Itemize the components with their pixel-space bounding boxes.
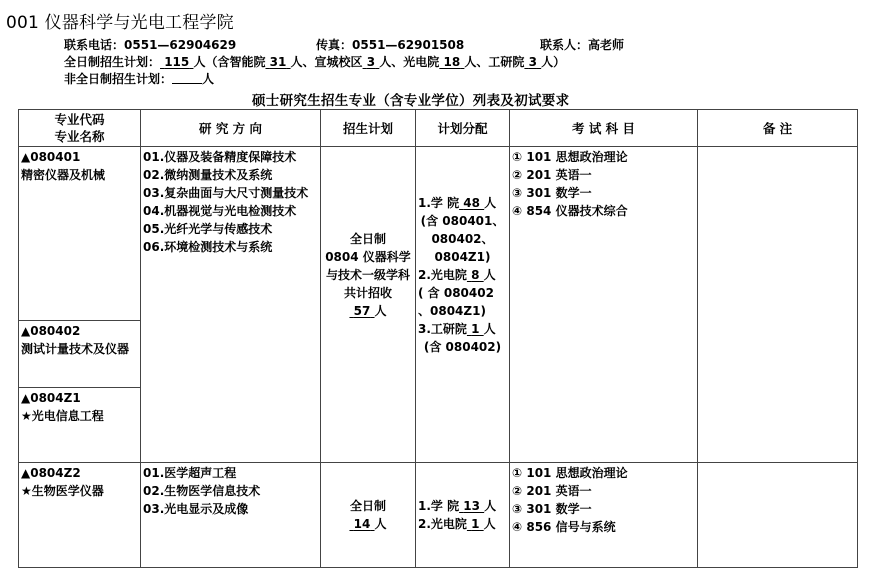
allocation-cell: 1.学 院 48 人 (含 080401、080402、0804Z1) 2.光电…	[416, 147, 510, 463]
parttime-blank	[172, 71, 202, 84]
major-cell: ▲080402 测试计量技术及仪器	[19, 321, 141, 388]
col-header-plan: 招生计划	[321, 110, 416, 147]
direction-item: 05.光纤光学与传感技术	[143, 220, 318, 238]
fax-line: 传真：0551—62901508	[316, 36, 464, 53]
plan-count: 57 人	[323, 302, 413, 320]
allocation-item: 3.工研院 1 人	[418, 320, 507, 338]
major-name: 测试计量技术及仪器	[21, 340, 138, 358]
fulltime-text: 人、光电院	[379, 55, 439, 69]
plan-type: 全日制	[323, 497, 413, 515]
allocation-note: (含 080401、080402、0804Z1)	[418, 212, 507, 266]
direction-item: 04.机器视觉与光电检测技术	[143, 202, 318, 220]
fax-value: 0551—62901508	[352, 38, 464, 52]
directions-cell: 01.仪器及装备精度保障技术 02.微纳测量技术及系统 03.复杂曲面与大尺寸测…	[141, 147, 321, 463]
allocation-note: ( 含 080402 、0804Z1)	[418, 284, 507, 320]
fulltime-guangdian: 18	[439, 55, 464, 69]
col-header-remark: 备 注	[698, 110, 858, 147]
table-row: ▲0804Z2 ★生物医学仪器 01.医学超声工程 02.生物医学信息技术 03…	[19, 463, 858, 568]
direction-item: 02.微纳测量技术及系统	[143, 166, 318, 184]
page-title: 001 仪器科学与光电工程学院	[6, 8, 234, 33]
plan-cell: 全日制 14 人	[321, 463, 416, 568]
plan-type: 全日制	[323, 230, 413, 248]
direction-item: 03.复杂曲面与大尺寸测量技术	[143, 184, 318, 202]
major-cell: ▲080401 精密仪器及机械	[19, 147, 141, 321]
direction-item: 02.生物医学信息技术	[143, 482, 318, 500]
fulltime-text: 人（含智能院	[193, 55, 265, 69]
remark-cell	[698, 147, 858, 463]
major-cell: ▲0804Z1 ★光电信息工程	[19, 388, 141, 463]
exam-item: ② 201 英语一	[512, 166, 695, 184]
exam-item: ③ 301 数学一	[512, 500, 695, 518]
major-code: ▲080402	[21, 322, 138, 340]
fulltime-text: 人）	[541, 55, 565, 69]
parttime-label: 非全日制招生计划：	[64, 72, 172, 86]
fulltime-zhineng: 31	[265, 55, 290, 69]
exam-cell: ① 101 思想政治理论 ② 201 英语一 ③ 301 数学一 ④ 856 信…	[510, 463, 698, 568]
plan-cell: 全日制 0804 仪器科学与技术一级学科共计招收 57 人	[321, 147, 416, 463]
direction-item: 01.仪器及装备精度保障技术	[143, 148, 318, 166]
phone-line: 联系电话：0551—62904629	[64, 36, 236, 53]
major-code: ▲080401	[21, 148, 138, 166]
allocation-item: 1.学 院 48 人	[418, 194, 507, 212]
fulltime-total: 115	[160, 55, 193, 69]
table-row: ▲080401 精密仪器及机械 01.仪器及装备精度保障技术 02.微纳测量技术…	[19, 147, 858, 321]
direction-item: 01.医学超声工程	[143, 464, 318, 482]
col-header-allocation: 计划分配	[416, 110, 510, 147]
phone-label: 联系电话：	[64, 38, 124, 52]
exam-item: ① 101 思想政治理论	[512, 148, 695, 166]
exam-item: ④ 856 信号与系统	[512, 518, 695, 536]
exam-item: ④ 854 仪器技术综合	[512, 202, 695, 220]
allocation-item: 1.学 院 13 人	[418, 497, 507, 515]
table-header-row: 专业代码 专业名称 研 究 方 向 招生计划 计划分配 考 试 科 目 备 注	[19, 110, 858, 147]
fulltime-label: 全日制招生计划：	[64, 55, 160, 69]
fax-label: 传真：	[316, 38, 352, 52]
fulltime-xuancheng: 3	[363, 55, 380, 69]
major-cell: ▲0804Z2 ★生物医学仪器	[19, 463, 141, 568]
contact-line: 联系人：高老师	[540, 36, 624, 53]
parttime-unit: 人	[202, 72, 214, 86]
contact-label: 联系人：	[540, 38, 588, 52]
exam-item: ③ 301 数学一	[512, 184, 695, 202]
major-name: ★光电信息工程	[21, 407, 138, 425]
allocation-item: 2.光电院 1 人	[418, 515, 507, 533]
table-title: 硕士研究生招生专业（含专业学位）列表及初试要求	[252, 89, 569, 109]
exam-item: ① 101 思想政治理论	[512, 464, 695, 482]
col-header-code-name: 专业代码 专业名称	[19, 110, 141, 147]
parttime-plan-line: 非全日制招生计划：人	[64, 70, 214, 87]
exam-cell: ① 101 思想政治理论 ② 201 英语一 ③ 301 数学一 ④ 854 仪…	[510, 147, 698, 463]
allocation-note: (含 080402)	[418, 338, 507, 356]
exam-item: ② 201 英语一	[512, 482, 695, 500]
major-name: 精密仪器及机械	[21, 166, 138, 184]
plan-count: 14 人	[323, 515, 413, 533]
direction-item: 06.环境检测技术与系统	[143, 238, 318, 256]
allocation-item: 2.光电院 8 人	[418, 266, 507, 284]
fulltime-plan-line: 全日制招生计划： 115 人（含智能院 31 人、宣城校区 3 人、光电院 18…	[64, 53, 565, 70]
major-name: ★生物医学仪器	[21, 482, 138, 500]
remark-cell	[698, 463, 858, 568]
major-code: ▲0804Z2	[21, 464, 138, 482]
major-code: ▲0804Z1	[21, 389, 138, 407]
contact-value: 高老师	[588, 38, 624, 52]
direction-item: 03.光电显示及成像	[143, 500, 318, 518]
directions-cell: 01.医学超声工程 02.生物医学信息技术 03.光电显示及成像	[141, 463, 321, 568]
fulltime-text: 人、宣城校区	[291, 55, 363, 69]
allocation-cell: 1.学 院 13 人 2.光电院 1 人	[416, 463, 510, 568]
plan-desc: 0804 仪器科学与技术一级学科共计招收	[323, 248, 413, 302]
fulltime-gongyan: 3	[524, 55, 541, 69]
col-header-direction: 研 究 方 向	[141, 110, 321, 147]
enrollment-table: 专业代码 专业名称 研 究 方 向 招生计划 计划分配 考 试 科 目 备 注 …	[18, 109, 858, 568]
col-header-exam: 考 试 科 目	[510, 110, 698, 147]
fulltime-text: 人、工研院	[464, 55, 524, 69]
phone-value: 0551—62904629	[124, 38, 236, 52]
